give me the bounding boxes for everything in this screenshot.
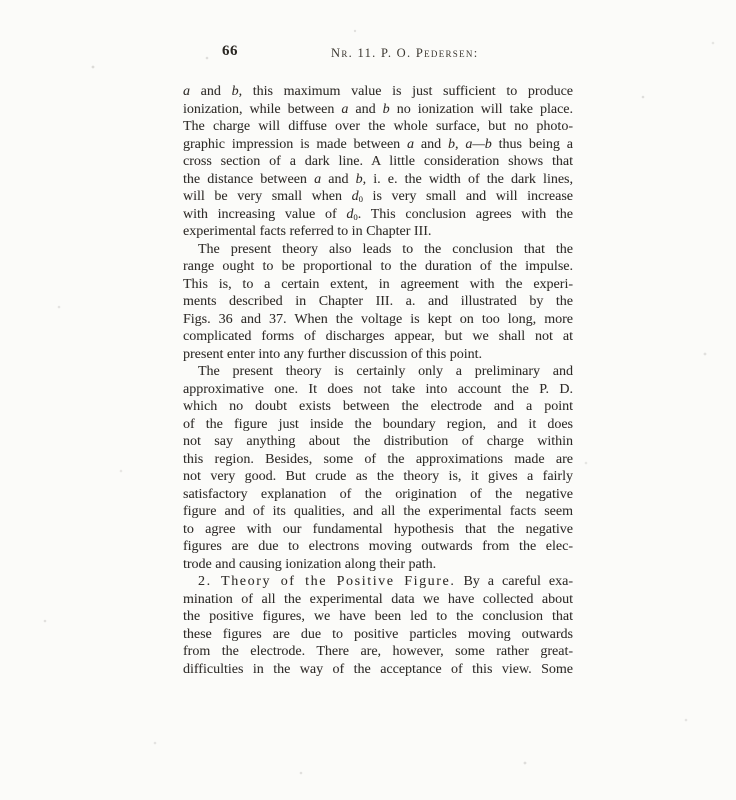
text-line: a and b, this maximum value is just suff… xyxy=(183,83,573,101)
text-line: range ought to be proportional to the du… xyxy=(183,258,573,276)
body-text: a and b, this maximum value is just suff… xyxy=(183,83,573,678)
text-line: not say anything about the distribution … xyxy=(183,433,573,451)
text-line: mination of all the experimental data we… xyxy=(183,591,573,609)
text-line: The present theory is certainly only a p… xyxy=(183,363,573,381)
text-line: this region. Besides, some of the approx… xyxy=(183,451,573,469)
text-line: cross section of a dark line. A little c… xyxy=(183,153,573,171)
scan-speckles xyxy=(0,0,2,2)
text-line: the positive figures, we have been led t… xyxy=(183,608,573,626)
text-line: figure and of its qualities, and all the… xyxy=(183,503,573,521)
running-header: Nr. 11. P. O. Pedersen: xyxy=(331,46,478,61)
text-line: satisfactory explanation of the originat… xyxy=(183,486,573,504)
text-line: graphic impression is made between a and… xyxy=(183,136,573,154)
text-line: This is, to a certain extent, in agreeme… xyxy=(183,276,573,294)
text-line: from the electrode. There are, however, … xyxy=(183,643,573,661)
text-line: will be very small when d0 is very small… xyxy=(183,188,573,206)
text-line: The charge will diffuse over the whole s… xyxy=(183,118,573,136)
text-line: experimental facts referred to in Chapte… xyxy=(183,223,573,241)
text-line: trode and causing ionization along their… xyxy=(183,556,573,574)
text-line: of the figure just inside the boundary r… xyxy=(183,416,573,434)
text-line: figures are due to electrons moving outw… xyxy=(183,538,573,556)
text-line: ionization, while between a and b no ion… xyxy=(183,101,573,119)
text-line: to agree with our fundamental hypothesis… xyxy=(183,521,573,539)
page-number: 66 xyxy=(222,43,238,60)
text-line: not very good. But crude as the theory i… xyxy=(183,468,573,486)
text-line: approximative one. It does not take into… xyxy=(183,381,573,399)
scanned-page: 66 Nr. 11. P. O. Pedersen: a and b, this… xyxy=(0,0,736,800)
text-line: ments described in Chapter III. a. and i… xyxy=(183,293,573,311)
text-line: present enter into any further discussio… xyxy=(183,346,573,364)
text-line: the distance between a and b, i. e. the … xyxy=(183,171,573,189)
text-line: Figs. 36 and 37. When the voltage is kep… xyxy=(183,311,573,329)
text-line: with increasing value of d0. This conclu… xyxy=(183,206,573,224)
text-line: 2. Theory of the Positive Figure. By a c… xyxy=(183,573,573,591)
text-line: The present theory also leads to the con… xyxy=(183,241,573,259)
text-line: which no doubt exists between the electr… xyxy=(183,398,573,416)
text-line: these figures are due to positive partic… xyxy=(183,626,573,644)
text-line: complicated forms of discharges appear, … xyxy=(183,328,573,346)
text-line: difficulties in the way of the acceptanc… xyxy=(183,661,573,679)
